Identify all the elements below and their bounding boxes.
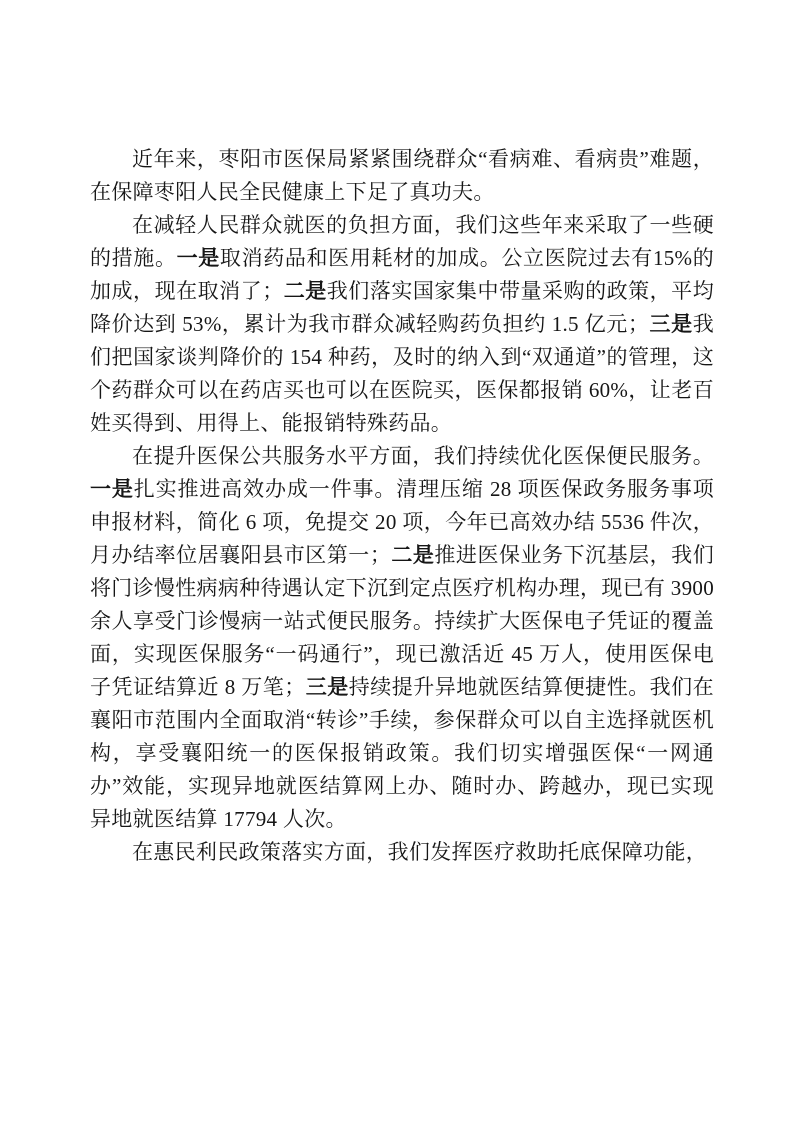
paragraph: 近年来，枣阳市医保局紧紧围绕群众“看病难、看病贵”难题，在保障枣阳人民全民健康上… xyxy=(90,143,714,209)
paragraph: 在惠民利民政策落实方面，我们发挥医疗救助托底保障功能， xyxy=(90,836,714,869)
document-page: 近年来，枣阳市医保局紧紧围绕群众“看病难、看病贵”难题，在保障枣阳人民全民健康上… xyxy=(0,0,794,1122)
text-run: 在提升医保公共服务水平方面，我们持续优化医保便民服务。 xyxy=(132,444,714,468)
emphasis-run: 三是 xyxy=(649,313,693,336)
paragraph: 在提升医保公共服务水平方面，我们持续优化医保便民服务。一是扎实推进高效办成一件事… xyxy=(90,440,714,836)
text-run: 近年来，枣阳市医保局紧紧围绕群众“看病难、看病贵”难题，在保障枣阳人民全民健康上… xyxy=(90,147,714,204)
text-run: 在惠民利民政策落实方面，我们发挥医疗救助托底保障功能， xyxy=(132,840,707,864)
document-body: 近年来，枣阳市医保局紧紧围绕群众“看病难、看病贵”难题，在保障枣阳人民全民健康上… xyxy=(90,143,714,869)
emphasis-run: 一是 xyxy=(177,247,220,270)
paragraph: 在减轻人民群众就医的负担方面，我们这些年来采取了一些硬的措施。一是取消药品和医用… xyxy=(90,209,714,440)
emphasis-run: 三是 xyxy=(306,676,349,699)
emphasis-run: 二是 xyxy=(284,280,327,303)
emphasis-run: 一是 xyxy=(90,478,134,501)
emphasis-run: 二是 xyxy=(391,544,434,567)
